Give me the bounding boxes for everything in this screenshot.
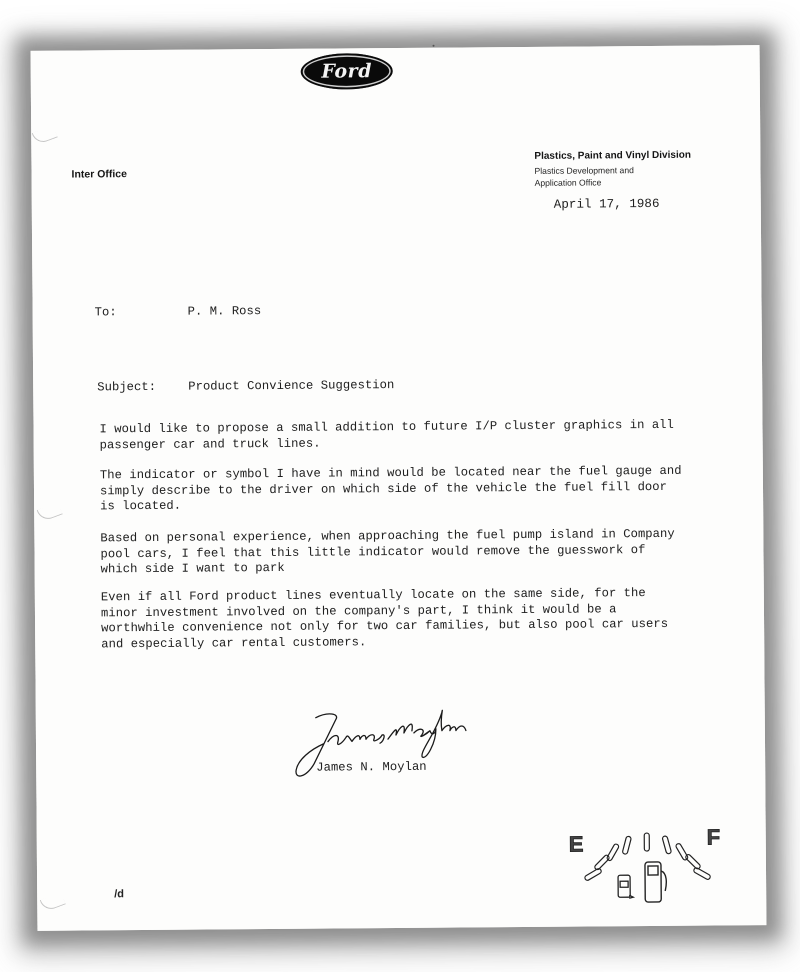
recipient-name: P. M. Ross	[188, 304, 262, 319]
to-label: To:	[95, 305, 117, 319]
empty-label: E	[569, 832, 584, 857]
body-paragraph-2: The indicator or symbol I have in mind w…	[100, 463, 720, 514]
fuel-pump-icon	[645, 862, 667, 902]
car-icon	[618, 875, 633, 898]
punch-hole-mark	[32, 125, 58, 145]
full-label: F	[707, 824, 721, 849]
scan-speck	[433, 45, 435, 47]
body-paragraph-3: Based on personal experience, when appro…	[100, 526, 720, 577]
typist-initials: /d	[114, 888, 124, 900]
punch-hole-mark	[40, 892, 66, 912]
memo-paper: Ford Inter Office Plastics, Paint and Vi…	[31, 45, 767, 931]
memo-date: April 17, 1986	[554, 197, 660, 212]
department-line-1: Plastics Development and	[534, 165, 633, 176]
fuel-gauge-sketch: E F	[563, 820, 734, 907]
ford-logo-text: Ford	[321, 60, 372, 82]
punch-hole-mark	[37, 502, 63, 522]
body-paragraph-1: I would like to propose a small addition…	[99, 417, 719, 453]
ford-logo: Ford	[301, 53, 393, 90]
scanned-page: Ford Inter Office Plastics, Paint and Vi…	[0, 0, 800, 972]
subject-value: Product Convience Suggestion	[188, 378, 394, 394]
division-name: Plastics, Paint and Vinyl Division	[534, 150, 691, 162]
subject-label: Subject:	[97, 380, 156, 394]
inter-office-label: Inter Office	[71, 168, 127, 180]
body-paragraph-4: Even if all Ford product lines eventuall…	[101, 585, 721, 652]
department-line-2: Application Office	[535, 177, 602, 188]
signer-name: James N. Moylan	[316, 760, 427, 775]
